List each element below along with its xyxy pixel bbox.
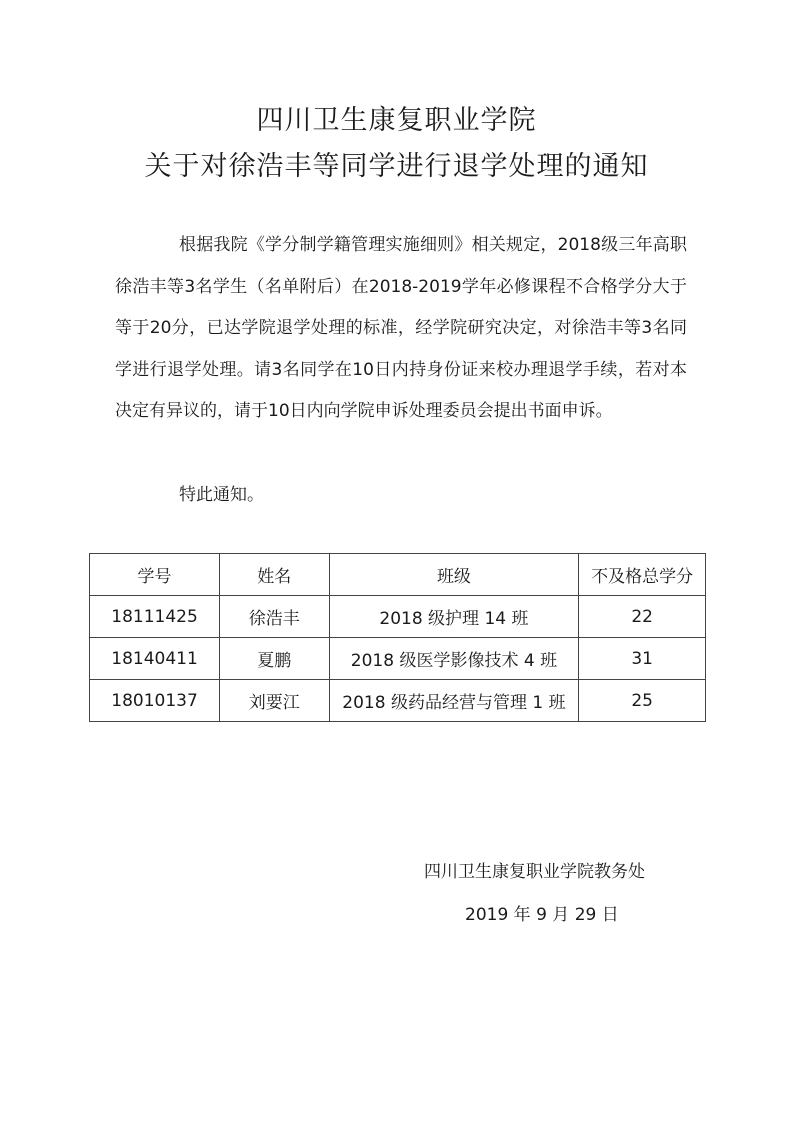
header-student-id: 学号 [90,554,220,596]
header-failed-credits: 不及格总学分 [579,554,706,596]
cell-failed-credits: 25 [579,680,706,722]
table-row: 18140411 夏鹏 2018 级医学影像技术 4 班 31 [90,638,706,680]
cell-name: 徐浩丰 [220,596,330,638]
header-class: 班级 [329,554,579,596]
header-name: 姓名 [220,554,330,596]
body-paragraph-closing: 特此通知。 [115,475,687,517]
cell-student-id: 18111425 [90,596,220,638]
cell-name: 刘要江 [220,680,330,722]
table-row: 18010137 刘要江 2018 级药品经营与管理 1 班 25 [90,680,706,722]
table-row: 18111425 徐浩丰 2018 级护理 14 班 22 [90,596,706,638]
signature-office: 四川卫生康复职业学院教务处 [424,857,645,882]
cell-name: 夏鹏 [220,638,330,680]
cell-student-id: 18140411 [90,638,220,680]
signature-date: 2019 年 9 月 29 日 [465,900,619,925]
document-title-institution: 四川卫生康复职业学院 [0,98,793,137]
cell-class: 2018 级护理 14 班 [329,596,579,638]
cell-class: 2018 级医学影像技术 4 班 [329,638,579,680]
cell-student-id: 18010137 [90,680,220,722]
cell-failed-credits: 31 [579,638,706,680]
table-header-row: 学号 姓名 班级 不及格总学分 [90,554,706,596]
cell-failed-credits: 22 [579,596,706,638]
cell-class: 2018 级药品经营与管理 1 班 [329,680,579,722]
student-list-table: 学号 姓名 班级 不及格总学分 18111425 徐浩丰 2018 级护理 14… [89,553,706,722]
body-paragraph-main: 根据我院《学分制学籍管理实施细则》相关规定，2018级三年高职徐浩丰等3名学生（… [115,225,687,433]
document-title-subject: 关于对徐浩丰等同学进行退学处理的通知 [0,144,793,183]
